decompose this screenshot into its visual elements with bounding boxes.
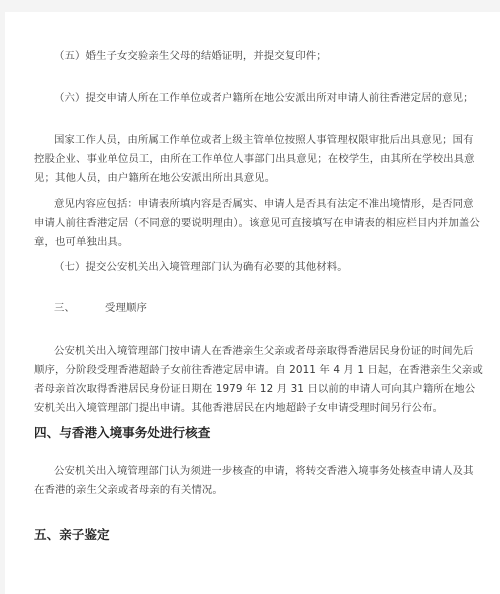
subheading-number: 三、 [54, 302, 75, 314]
list-item-5: （五）婚生子女交验亲生父母的结婚证明，并提交复印件； [54, 47, 500, 66]
paragraph-opinion-content: 意见内容应包括：申请表所填内容是否属实、申请人是否具有法定不准出境情形，是否同意… [34, 195, 484, 252]
list-item-6: （六）提交申请人所在工作单位或者户籍所在地公安派出所对申请人前往香港定居的意见； [54, 89, 500, 108]
paragraph-opinion-issuers: 国家工作人员，由所属工作单位或者上级主管单位按照人事管理权限审批后出具意见；国有… [34, 131, 484, 188]
paragraph-verification: 公安机关出入境管理部门认为须进一步核查的申请，将转交香港入境事务处核查申请人及其… [34, 462, 484, 500]
document-page: （五）婚生子女交验亲生父母的结婚证明，并提交复印件； （六）提交申请人所在工作单… [5, 12, 500, 594]
heading-paternity-test: 五、亲子鉴定 [34, 524, 110, 543]
heading-verification: 四、与香港入境事务处进行核查 [34, 422, 210, 441]
list-item-7: （七）提交公安机关出入境管理部门认为确有必要的其他材料。 [54, 258, 500, 277]
subheading-acceptance-order: 三、受理顺序 [54, 299, 500, 318]
paragraph-acceptance-order: 公安机关出入境管理部门按申请人在香港亲生父亲或者母亲取得香港居民身份证的时间先后… [34, 342, 484, 418]
subheading-title: 受理顺序 [105, 302, 147, 314]
